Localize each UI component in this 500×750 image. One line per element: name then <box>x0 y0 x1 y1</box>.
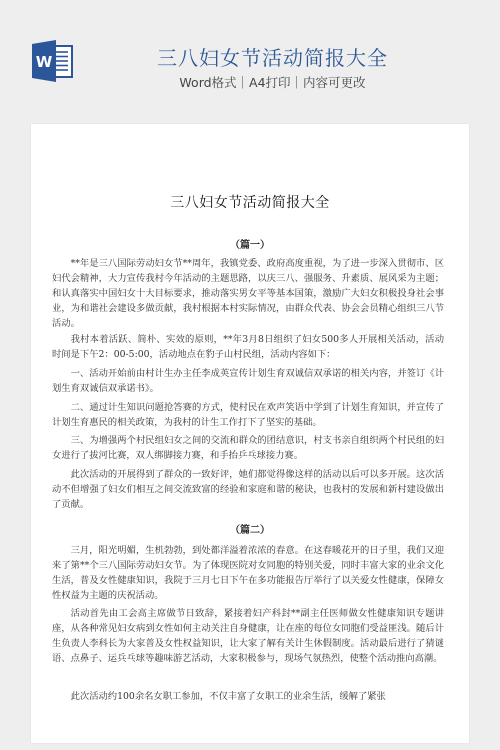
header-title: 三八妇女节活动简报大全 <box>150 42 395 71</box>
word-icon: W <box>32 40 76 82</box>
paragraph: 三、为增强两个村民组妇女之间的交流和群众的团结意识，村支书亲自组织两个村民组的妇… <box>52 433 444 463</box>
paragraph: 三月，阳光明媚，生机勃勃，到处都洋溢着浓浓的春意。在这春暖花开的日子里，我们又迎… <box>52 543 444 603</box>
paragraph: **年是三八国际劳动妇女节**周年，我镇党委、政府高度重视，为了进一步深入贯彻市… <box>52 256 444 331</box>
paragraph: 二、通过计生知识问题抢答赛的方式，使村民在欢声笑语中学到了计划生育知识，并宣传了… <box>52 400 444 430</box>
svg-text:W: W <box>36 53 53 71</box>
paragraph: 此次活动约100余名女职工参加，不仅丰富了女职工的业余生活，缓解了紧张 <box>52 689 444 704</box>
paragraph: 活动首先由工会高主席做节日致辞，紧接着妇产科封**副主任医师做女性健康知识专题讲… <box>52 606 444 666</box>
section-heading: （篇二） <box>31 521 469 536</box>
paragraph: 此次活动的开展得到了群众的一致好评，她们都觉得像这样的活动以后可以多开展。这次活… <box>52 467 444 512</box>
document-title: 三八妇女节活动简报大全 <box>31 192 469 212</box>
paragraph: 我村本着活跃、简朴、实效的原则，**年3月8日组织了妇女500多人开展相关活动，… <box>52 332 444 362</box>
header-subtitle: Word格式｜A4打印｜内容可更改 <box>150 73 395 91</box>
section-heading: （篇一） <box>31 236 469 251</box>
paragraph: 一、活动开始前由村计生办主任李成英宣传计划生育双诚信双承诺的相关内容，并签订《计… <box>52 366 444 396</box>
header: W 三八妇女节活动简报大全 Word格式｜A4打印｜内容可更改 <box>0 0 500 120</box>
document-page: 三八妇女节活动简报大全 （篇一） **年是三八国际劳动妇女节**周年，我镇党委、… <box>31 124 469 743</box>
